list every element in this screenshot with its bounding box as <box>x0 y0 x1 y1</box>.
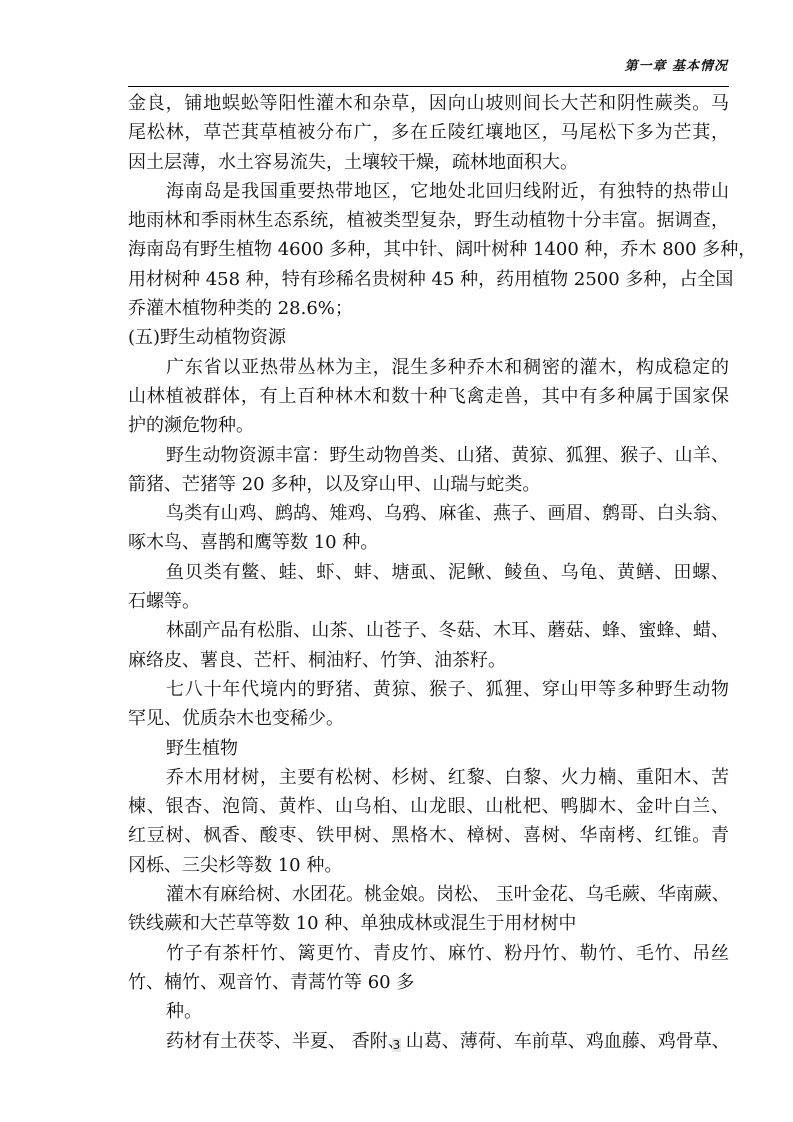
text-line: 罕见、优质杂木也变稀少。 <box>128 704 729 733</box>
text-line: 灌木有麻给树、水团花。桃金娘。岗松、 玉叶金花、乌毛蕨、华南蕨、 <box>128 880 729 909</box>
text-line: 海南岛有野生植物 4600 多种，其中针、阔叶树种 1400 种，乔木 800 … <box>128 235 729 264</box>
text-line: 护的濒危物种。 <box>128 411 729 440</box>
text-line: 山林植被群体，有上百种林木和数十种飞禽走兽，其中有多种属于国家保 <box>128 382 729 411</box>
text-line: 鸟类有山鸡、鹧鸪、雉鸡、乌鸦、麻雀、燕子、画眉、鹩哥、白头翁、 <box>128 499 729 528</box>
page-number: 3 <box>392 1038 402 1052</box>
text-line: 金良，铺地蜈蚣等阳性灌木和杂草，因向山坡则间长大芒和阴性蕨类。马 <box>128 89 729 118</box>
text-line: 野生植物 <box>128 734 729 763</box>
text-line: (五)野生动植物资源 <box>128 323 729 352</box>
text-line: 种。 <box>128 997 729 1026</box>
header-rule <box>128 86 729 87</box>
text-line: 广东省以亚热带丛林为主，混生多种乔木和稠密的灌木，构成稳定的 <box>128 353 729 382</box>
text-line: 用材树种 458 种，特有珍稀名贵树种 45 种，药用植物 2500 多种，占全… <box>128 265 729 294</box>
text-line: 冈栎、三尖杉等数 10 种。 <box>128 851 729 880</box>
text-line: 林副产品有松脂、山茶、山苍子、冬菇、木耳、蘑菇、蜂、蜜蜂、蜡、 <box>128 616 729 645</box>
text-line: 尾松林，草芒萁草植被分布广，多在丘陵红壤地区，马尾松下多为芒萁， <box>128 118 729 147</box>
page-footer: 3 <box>0 1038 793 1052</box>
text-line: 啄木鸟、喜鹊和鹰等数 10 种。 <box>128 528 729 557</box>
text-line: 铁线蕨和大芒草等数 10 种、单独成林或混生于用材树中 <box>128 909 729 938</box>
text-line: 鱼贝类有鳖、蛙、虾、蚌、塘虱、泥鳅、鲮鱼、乌龟、黄鳝、田螺、 <box>128 558 729 587</box>
text-line: 乔木用材树，主要有松树、杉树、红黎、白黎、火力楠、重阳木、苦 <box>128 763 729 792</box>
text-line: 乔灌木植物种类的 28.6%； <box>128 294 729 323</box>
text-line: 竹子有茶杆竹、篱更竹、青皮竹、麻竹、粉丹竹、勒竹、毛竹、吊丝 <box>128 939 729 968</box>
text-line: 野生动物资源丰富：野生动物兽类、山猪、黄猄、狐狸、猴子、山羊、 <box>128 441 729 470</box>
running-header-chapter-title: 第一章 基本情况 <box>128 55 728 74</box>
text-line: 因土层薄，水土容易流失，土壤较干燥，疏林地面积大。 <box>128 148 729 177</box>
text-line: 竹、楠竹、观音竹、青蒿竹等 60 多 <box>128 968 729 997</box>
text-line: 七八十年代境内的野猪、黄猄、猴子、狐狸、穿山甲等多种野生动物 <box>128 675 729 704</box>
text-line: 红豆树、枫香、酸枣、铁甲树、黑格木、樟树、喜树、华南栲、红锥。青 <box>128 821 729 850</box>
text-line: 海南岛是我国重要热带地区，它地处北回归线附近，有独特的热带山 <box>128 177 729 206</box>
text-line: 地雨林和季雨林生态系统，植被类型复杂，野生动植物十分丰富。据调查， <box>128 206 729 235</box>
text-line: 箭猪、芒猪等 20 多种，以及穿山甲、山瑞与蛇类。 <box>128 470 729 499</box>
text-line: 麻络皮、薯良、芒杆、桐油籽、竹笋、油茶籽。 <box>128 646 729 675</box>
text-line: 楝、银杏、泡筒、黄柞、山乌桕、山龙眼、山枇杷、鸭脚木、金叶白兰、 <box>128 792 729 821</box>
text-line: 石螺等。 <box>128 587 729 616</box>
page-body: 金良，铺地蜈蚣等阳性灌木和杂草，因向山坡则间长大芒和阴性蕨类。马尾松林，草芒萁草… <box>128 89 729 1056</box>
